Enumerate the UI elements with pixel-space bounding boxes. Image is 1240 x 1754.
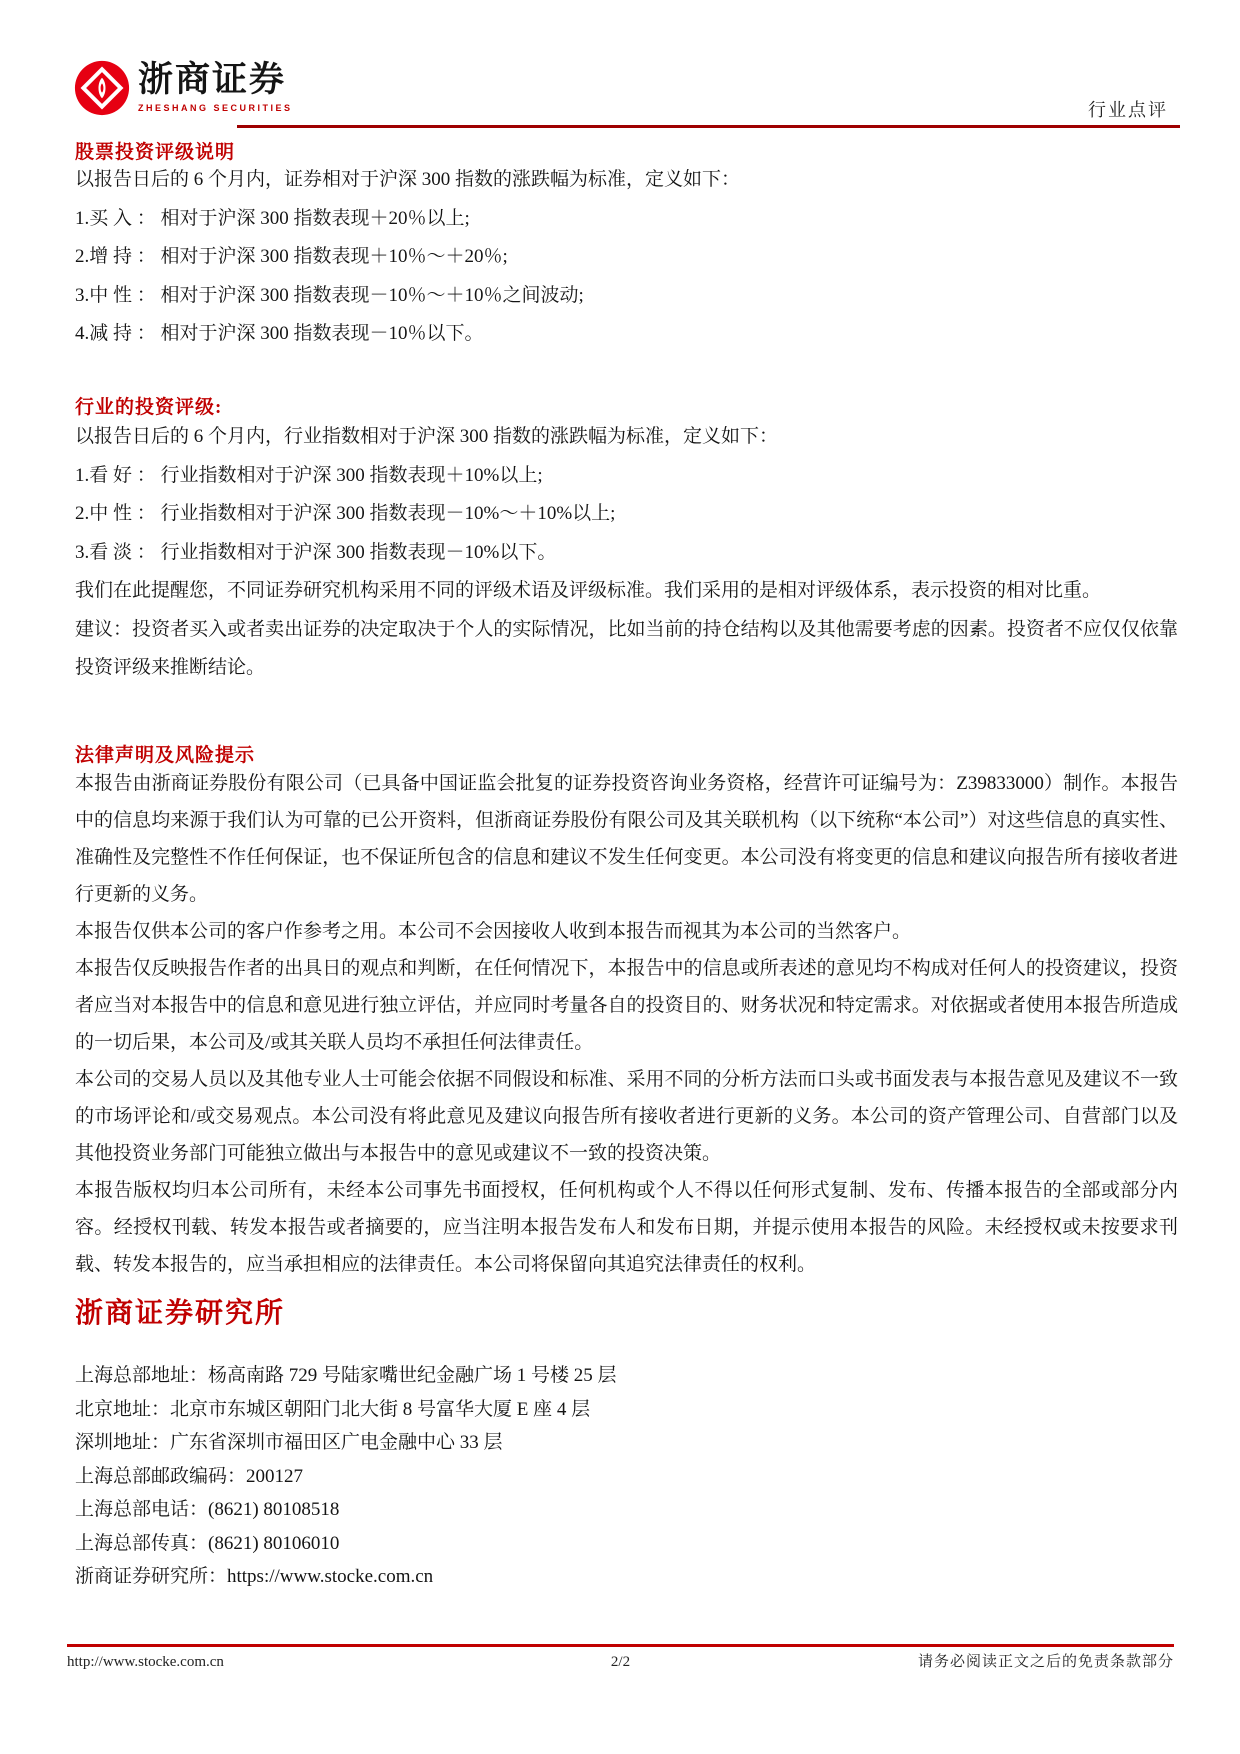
legal-paragraph: 本报告由浙商证券股份有限公司（已具备中国证监会批复的证券投资咨询业务资格，经营许… <box>75 765 1178 913</box>
institute-contact-list: 上海总部地址：杨高南路 729 号陆家嘴世纪金融广场 1 号楼 25 层 北京地… <box>75 1359 1178 1594</box>
industry-rating-item: 1.看 好 ： 行业指数相对于沪深 300 指数表现＋10%以上; <box>75 457 1178 496</box>
page-footer: http://www.stocke.com.cn 2/2 请务必阅读正文之后的免… <box>67 1650 1174 1671</box>
industry-rating-body: 以报告日后的 6 个月内，行业指数相对于沪深 300 指数的涨跌幅为标准，定义如… <box>75 418 1178 688</box>
footer-disclaimer: 请务必阅读正文之后的免责条款部分 <box>814 1650 1174 1671</box>
institute-address-shenzhen: 深圳地址：广东省深圳市福田区广电金融中心 33 层 <box>75 1426 1178 1460</box>
stock-rating-body: 以报告日后的 6 个月内，证券相对于沪深 300 指数的涨跌幅为标准，定义如下：… <box>75 161 1178 354</box>
report-disclaimer-page: 浙商证券 ZHESHANG SECURITIES 行业点评 股票投资评级说明 以… <box>0 0 1240 1754</box>
stock-rating-intro: 以报告日后的 6 个月内，证券相对于沪深 300 指数的涨跌幅为标准，定义如下： <box>75 161 1178 200</box>
institute-address-beijing: 北京地址：北京市东城区朝阳门北大街 8 号富华大厦 E 座 4 层 <box>75 1393 1178 1427</box>
footer-divider <box>67 1644 1174 1647</box>
industry-rating-item: 3.看 淡 ： 行业指数相对于沪深 300 指数表现－10%以下。 <box>75 534 1178 573</box>
rating-note: 我们在此提醒您，不同证券研究机构采用不同的评级术语及评级标准。我们采用的是相对评… <box>75 572 1178 611</box>
logo-english-name: ZHESHANG SECURITIES <box>138 103 293 113</box>
industry-rating-item: 2.中 性 ： 行业指数相对于沪深 300 指数表现－10%～＋10%以上; <box>75 495 1178 534</box>
stock-rating-item: 2.增 持 ： 相对于沪深 300 指数表现＋10％～＋20％; <box>75 238 1178 277</box>
legal-body: 本报告由浙商证券股份有限公司（已具备中国证监会批复的证券投资咨询业务资格，经营许… <box>75 765 1178 1283</box>
stock-rating-item: 3.中 性 ： 相对于沪深 300 指数表现－10％～＋10％之间波动; <box>75 277 1178 316</box>
legal-heading: 法律声明及风险提示 <box>75 740 255 767</box>
rating-advice: 建议：投资者买入或者卖出证券的决定取决于个人的实际情况，比如当前的持仓结构以及其… <box>75 611 1178 688</box>
report-type-label: 行业点评 <box>1088 96 1168 122</box>
header-divider <box>237 125 1180 128</box>
institute-website: 浙商证券研究所：https://www.stocke.com.cn <box>75 1560 1178 1594</box>
legal-paragraph: 本报告仅供本公司的客户作参考之用。本公司不会因接收人收到本报告而视其为本公司的当… <box>75 913 1178 950</box>
company-logo: 浙商证券 ZHESHANG SECURITIES <box>74 60 293 116</box>
legal-paragraph: 本公司的交易人员以及其他专业人士可能会依据不同假设和标准、采用不同的分析方法而口… <box>75 1061 1178 1172</box>
institute-heading: 浙商证券研究所 <box>75 1291 285 1331</box>
stock-rating-item: 4.减 持 ： 相对于沪深 300 指数表现－10％以下。 <box>75 315 1178 354</box>
institute-postcode: 上海总部邮政编码：200127 <box>75 1460 1178 1494</box>
legal-paragraph: 本报告仅反映报告作者的出具日的观点和判断，在任何情况下，本报告中的信息或所表述的… <box>75 950 1178 1061</box>
institute-address-shanghai: 上海总部地址：杨高南路 729 号陆家嘴世纪金融广场 1 号楼 25 层 <box>75 1359 1178 1393</box>
industry-rating-intro: 以报告日后的 6 个月内，行业指数相对于沪深 300 指数的涨跌幅为标准，定义如… <box>75 418 1178 457</box>
industry-rating-heading: 行业的投资评级: <box>75 392 222 419</box>
institute-fax: 上海总部传真：(8621) 80106010 <box>75 1527 1178 1561</box>
institute-phone: 上海总部电话：(8621) 80108518 <box>75 1493 1178 1527</box>
footer-page-number: 2/2 <box>561 1654 681 1671</box>
logo-chinese-name: 浙商证券 <box>138 60 293 100</box>
zheshang-logo-icon <box>74 60 130 116</box>
footer-url: http://www.stocke.com.cn <box>67 1654 427 1671</box>
legal-paragraph: 本报告版权均归本公司所有，未经本公司事先书面授权，任何机构或个人不得以任何形式复… <box>75 1172 1178 1283</box>
stock-rating-heading: 股票投资评级说明 <box>75 137 235 164</box>
stock-rating-item: 1.买 入 ： 相对于沪深 300 指数表现＋20％以上; <box>75 200 1178 239</box>
